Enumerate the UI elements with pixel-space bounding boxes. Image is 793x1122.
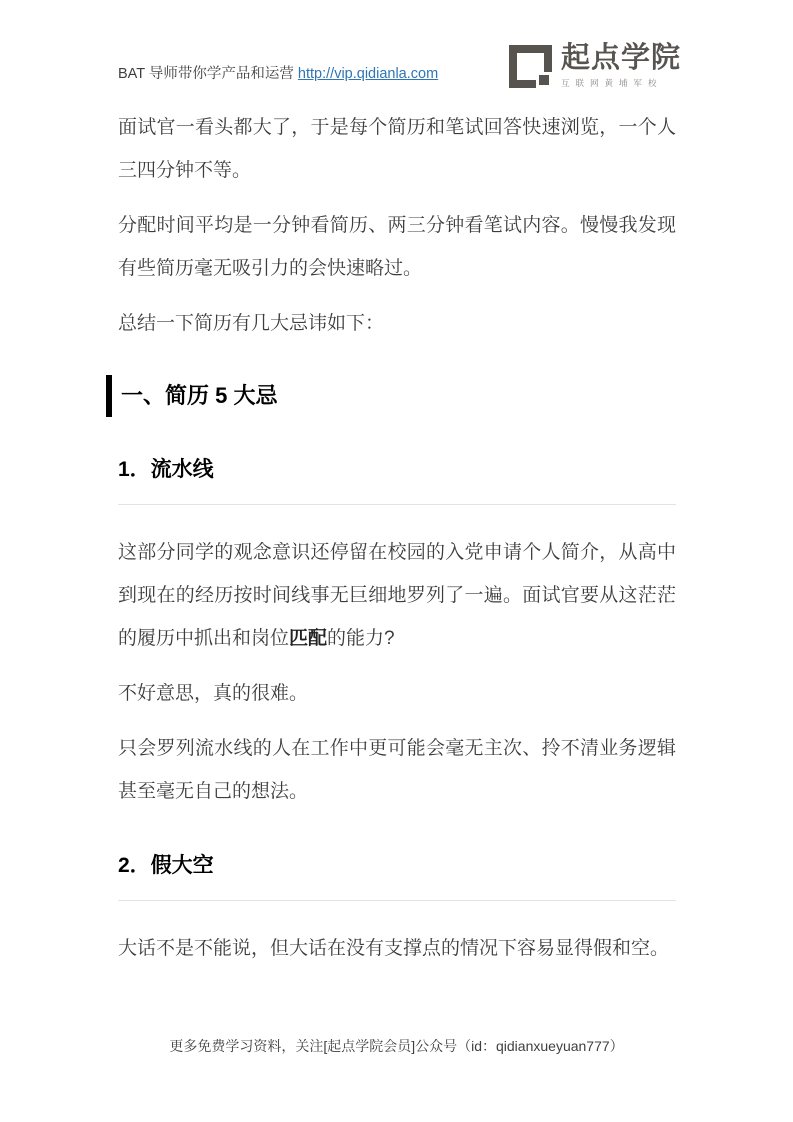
page-header: BAT 导师带你学产品和运营 http://vip.qidianla.com 起… [118,44,681,89]
subsection-heading-2: 2．假大空 [118,851,676,901]
footer-note: 更多免费学习资料，关注[起点学院会员]公众号（id：qidianxueyuan7… [169,1038,623,1054]
paragraph-3: 总结一下简历有几大忌讳如下： [118,302,676,345]
paragraph-2: 分配时间平均是一分钟看简历、两三分钟看笔试内容。慢慢我发现有些简历毫无吸引力的会… [118,204,676,290]
header-tagline: BAT 导师带你学产品和运营 http://vip.qidianla.com [118,62,438,89]
tagline-text: BAT 导师带你学产品和运营 [118,66,294,82]
brand-logo: 起点学院 互联网黄埔军校 [509,44,681,89]
article-body: 面试官一看头都大了，于是每个简历和笔试回答快速浏览，一个人三四分钟不等。 分配时… [118,106,676,982]
page-footer: 更多免费学习资料，关注[起点学院会员]公众号（id：qidianxueyuan7… [0,1036,793,1056]
paragraph-4-post: 的能力? [327,628,395,649]
header-link[interactable]: http://vip.qidianla.com [298,66,438,82]
paragraph-5: 不好意思，真的很难。 [118,672,676,715]
paragraph-6: 只会罗列流水线的人在工作中更可能会毫无主次、拎不清业务逻辑甚至毫无自己的想法。 [118,727,676,813]
paragraph-4-bold: 匹配 [289,628,327,649]
paragraph-1: 面试官一看头都大了，于是每个简历和笔试回答快速浏览，一个人三四分钟不等。 [118,106,676,192]
section-heading-1: 一、简历 5 大忌 [106,375,676,417]
subsection-heading-1: 1．流水线 [118,455,676,505]
paragraph-4: 这部分同学的观念意识还停留在校园的入党申请个人简介，从高中到现在的经历按时间线事… [118,531,676,660]
logo-text: 起点学院 互联网黄埔军校 [561,44,681,89]
paragraph-7: 大话不是不能说，但大话在没有支撑点的情况下容易显得假和空。 [118,927,676,970]
logo-name: 起点学院 [561,44,681,73]
logo-subtitle: 互联网黄埔军校 [561,77,681,89]
document-page: BAT 导师带你学产品和运营 http://vip.qidianla.com 起… [0,0,793,1122]
paragraph-4-pre: 这部分同学的观念意识还停留在校园的入党申请个人简介，从高中到现在的经历按时间线事… [118,542,676,649]
logo-q-icon [509,45,552,88]
